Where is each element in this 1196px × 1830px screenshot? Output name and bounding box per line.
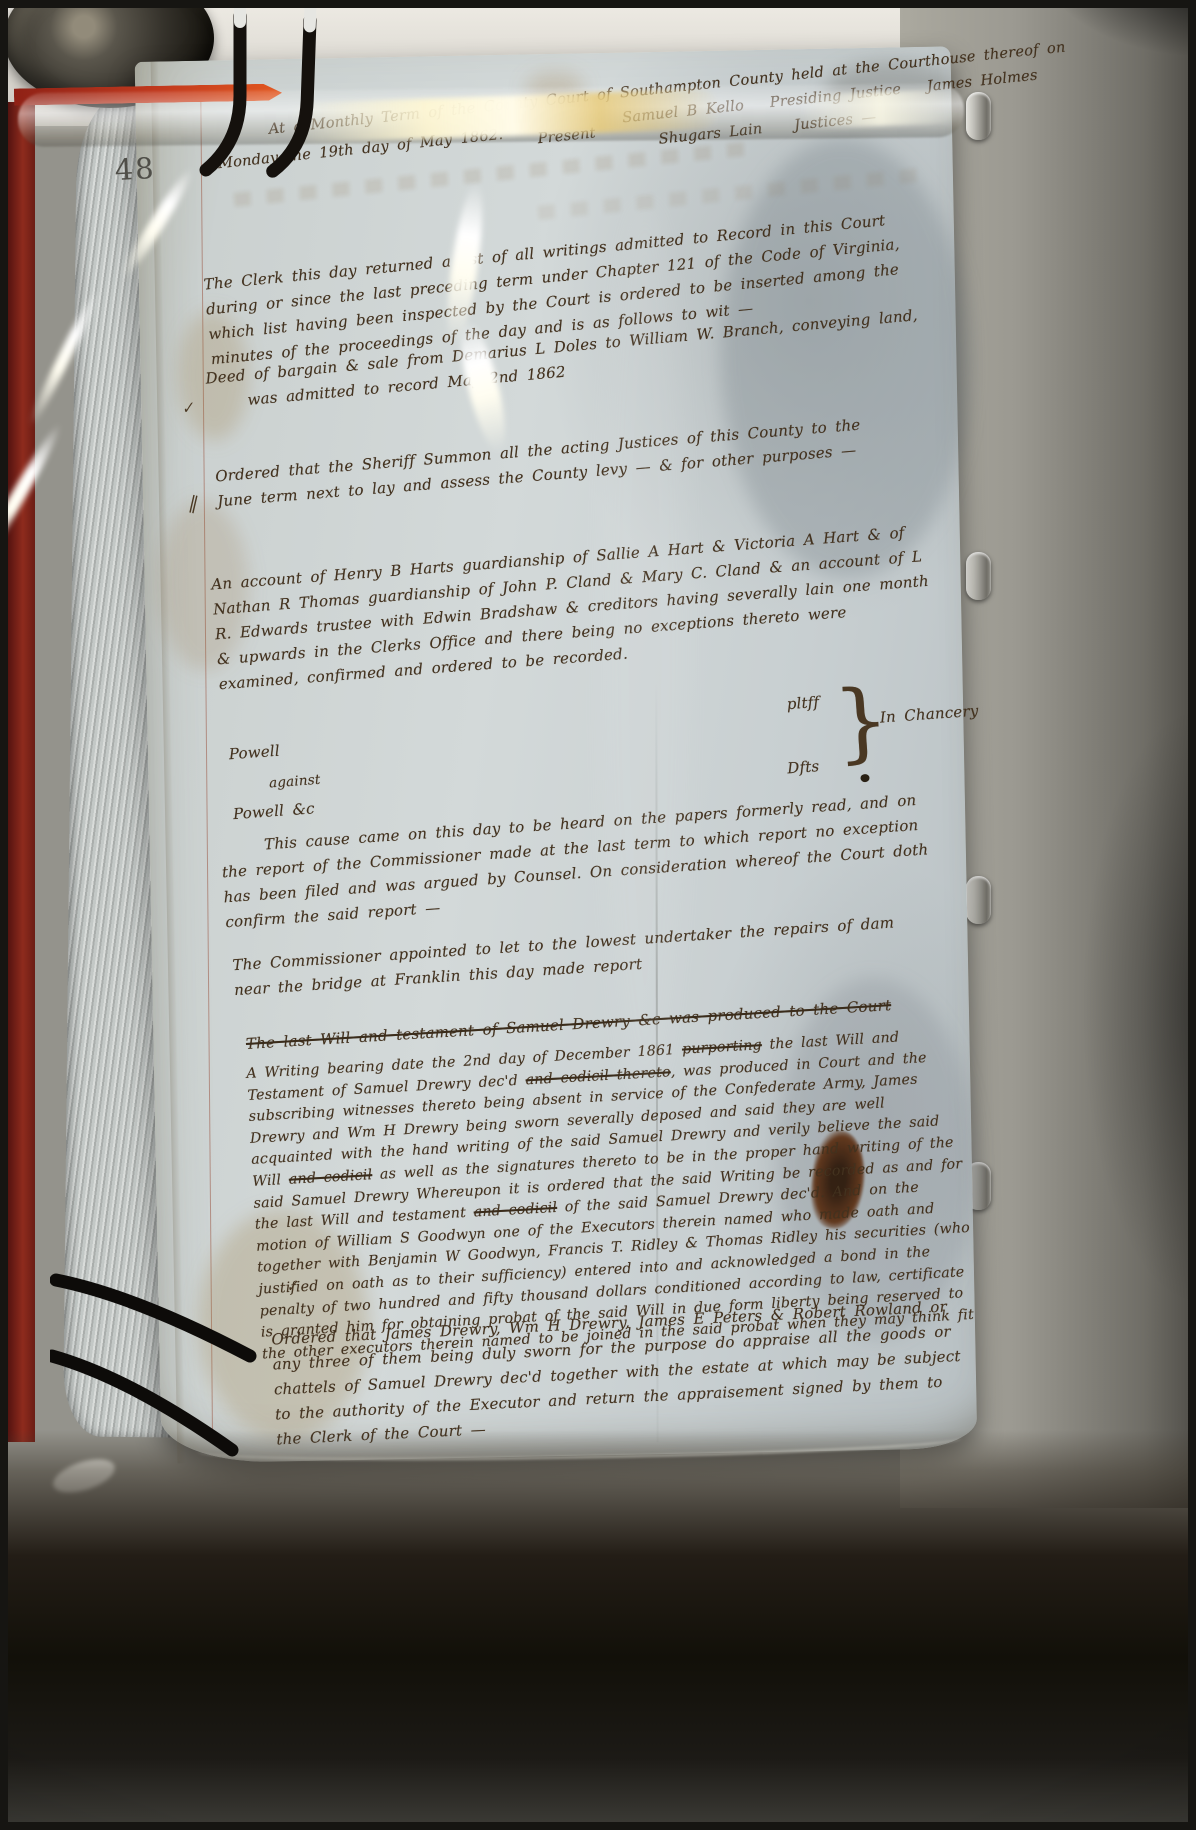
clip-wire-shape [260,3,337,205]
case-versus: against [268,768,321,797]
book-cover-red-edge [8,102,35,1442]
struck-text-segment: purporting [682,1037,763,1057]
guardianship-accounts-entry: An account of Henry B Harts guardianship… [210,519,933,697]
case-party1: Powell [228,739,281,768]
margin-check-mark: ✓ [180,398,196,418]
defendant-abbr: Dfts [786,754,820,781]
clip-wire [206,16,240,170]
text-segment: An account of Henry B Harts guardianship… [211,523,930,693]
sleeve-glint [799,89,960,129]
struck-text-segment: and codicil [288,1167,372,1188]
case-party2: Powell &c [232,796,315,827]
clip-wire-tip [310,7,311,26]
wire-shape [50,1254,300,1464]
binder-wire-bottom [50,1254,300,1468]
binder-clip-top-right [259,3,336,209]
wire-path [56,1280,250,1356]
clip-wire-shape [196,0,266,200]
record-page: 48 At a Monthly Term of the County Court… [135,46,978,1463]
struck-text-segment: and codicil [473,1200,557,1221]
photo: 48 At a Monthly Term of the County Court… [0,0,1196,1830]
binder-post [966,552,991,600]
page-number: 48 [114,151,157,187]
binder-clip-top-left [196,0,266,204]
clip-wire [273,19,310,172]
plaintiff-abbr: pltff [786,690,820,717]
binder-post [966,876,991,924]
struck-text-segment: and codicil thereto [525,1064,671,1088]
wire-path [52,1356,232,1450]
